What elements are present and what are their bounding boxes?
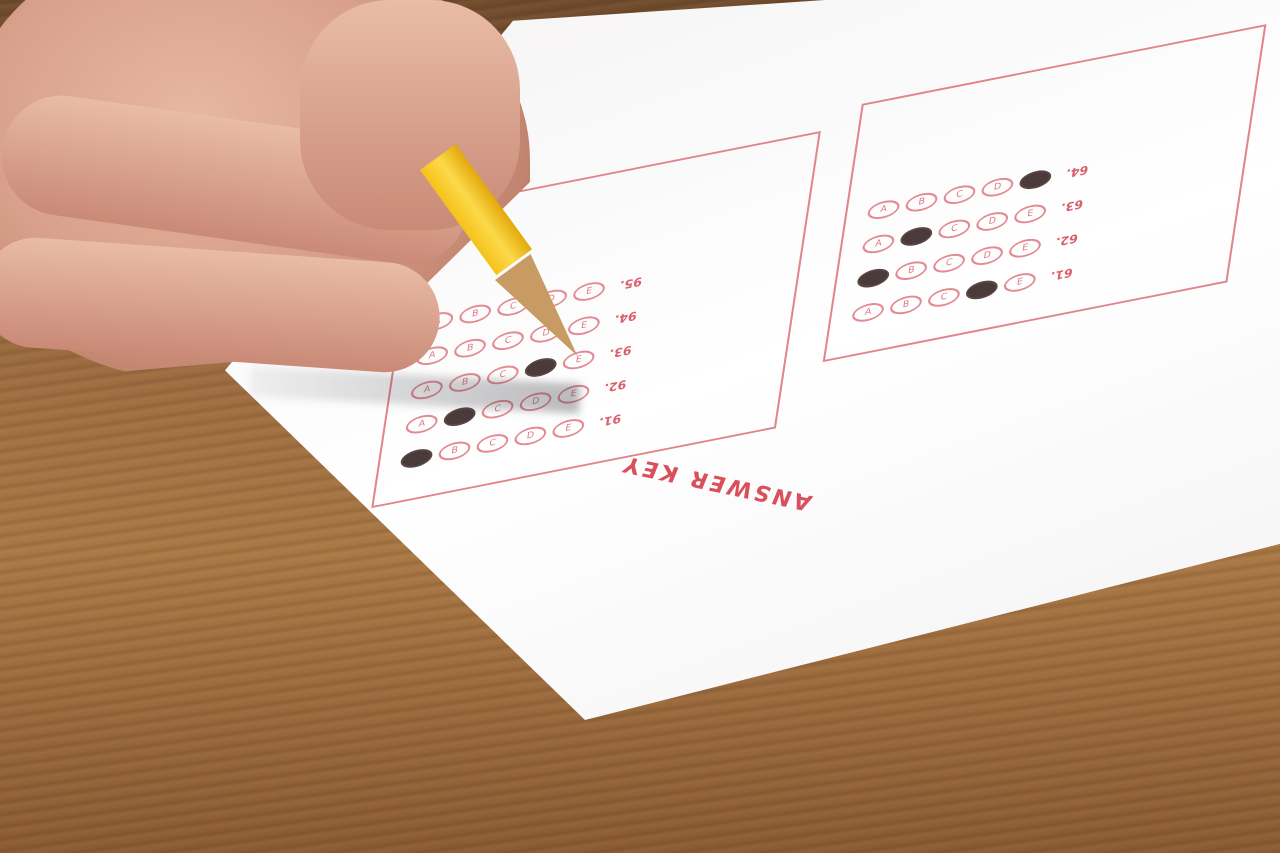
bubble-e-filled: E — [1018, 168, 1052, 192]
question-number: 63. — [1060, 197, 1084, 215]
question-number: 62. — [1055, 231, 1079, 249]
bubble-b: B — [437, 439, 471, 463]
question-number: 91. — [598, 411, 622, 429]
bubble-c: C — [932, 251, 966, 275]
bubble-b: B — [894, 259, 928, 283]
bubble-b-filled: B — [899, 225, 933, 249]
question-number: 92. — [603, 377, 627, 395]
question-number: 93. — [608, 343, 632, 361]
question-number: 95. — [619, 274, 643, 292]
bubble-c: C — [942, 183, 976, 207]
bubble-b: B — [458, 302, 492, 326]
bubble-d: D — [975, 210, 1009, 234]
bubble-e: E — [1008, 236, 1042, 260]
bubble-b-filled: B — [443, 405, 477, 429]
bubble-d: D — [970, 244, 1004, 268]
bubble-d: D — [513, 424, 547, 448]
bubble-b: B — [453, 336, 487, 360]
bubble-e: E — [551, 417, 585, 441]
bubble-c: C — [491, 329, 525, 353]
bubble-c: C — [937, 217, 971, 241]
bubble-a: A — [866, 198, 900, 222]
bubble-e: E — [1003, 271, 1037, 295]
bubble-a: A — [405, 412, 439, 436]
bubble-c: C — [475, 432, 509, 456]
bubble-b: B — [904, 190, 938, 214]
bubble-d: D — [980, 175, 1014, 199]
bubble-d-filled: D — [965, 278, 999, 302]
bubble-a-filled: A — [856, 266, 890, 290]
bubble-a-filled: A — [399, 446, 433, 470]
bubble-a: A — [861, 232, 895, 256]
question-number: 61. — [1049, 265, 1073, 283]
bubble-b: B — [889, 293, 923, 317]
bubble-c: C — [927, 286, 961, 310]
bubble-a: A — [851, 300, 885, 324]
question-number: 64. — [1065, 162, 1089, 180]
bubble-e: E — [1013, 202, 1047, 226]
bubble-e: E — [572, 280, 606, 304]
question-number: 94. — [613, 308, 637, 326]
